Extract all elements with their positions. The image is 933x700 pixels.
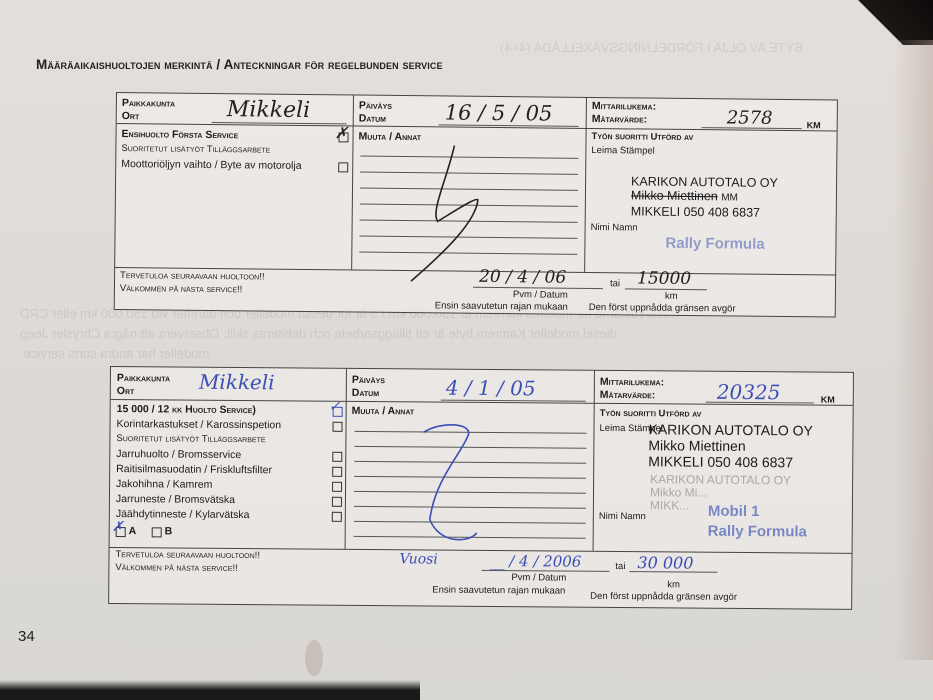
item-timing-belt-checkbox[interactable] xyxy=(332,482,342,492)
or-label: tai xyxy=(615,561,625,572)
date-value[interactable]: 16 / 5 / 05 xyxy=(445,100,553,125)
pen-scribble-icon xyxy=(405,141,507,287)
checkmark-icon: ✗ xyxy=(334,123,348,142)
item-brake-service-checkbox[interactable] xyxy=(332,452,342,462)
odometer-label: Mittarilukema: Mätarvärde: xyxy=(592,100,656,127)
km-caption: km xyxy=(667,579,680,590)
item-coolant-checkbox[interactable] xyxy=(332,512,342,522)
item-body-inspection-label: Korintarkastukset / Karossinspetion xyxy=(116,418,281,431)
date-caption: Pvm / Datum xyxy=(511,572,566,583)
paper-stain xyxy=(305,640,323,676)
bleed-through-text: modeller har andra sorts service. xyxy=(20,346,209,361)
performed-by-label: Työn suoritti Utförd av xyxy=(600,408,702,420)
item-brake-service-label: Jarruhuolto / Bromsservice xyxy=(116,448,241,461)
rule-fi: Ensin saavutetun rajan mukaan xyxy=(435,300,568,312)
extra-work-label: Suoritetut lisätyöt Tilläggsarbete xyxy=(121,143,270,156)
divider xyxy=(351,95,354,269)
location-value[interactable]: Mikkeli xyxy=(199,370,275,395)
option-b-label: B xyxy=(165,525,173,538)
location-value[interactable]: Mikkeli xyxy=(227,97,311,123)
checkmark-icon: ✓ xyxy=(329,399,341,415)
item-engine-oil-label: Moottoriöljyn vaihto / Byte av motorolja xyxy=(121,158,301,172)
item-cabin-filter-label: Raitisilmasuodatin / Friskluftsfilter xyxy=(116,463,272,476)
welcome-sv: Välkommen på nästa service!! xyxy=(115,562,237,574)
background-shadow-bottom xyxy=(0,680,420,700)
odometer-value[interactable]: 2578 xyxy=(727,107,773,128)
page-title: Määräaikaishuoltojen merkintä / Anteckni… xyxy=(36,57,443,72)
option-a-label: A xyxy=(129,525,137,538)
item-body-inspection-checkbox[interactable] xyxy=(332,422,342,432)
oil-brand-stamp: Mobil 1 Rally Formula xyxy=(708,502,808,543)
name-label: Nimi Namn xyxy=(591,222,638,233)
pen-scribble-icon xyxy=(415,414,486,550)
page-number: 34 xyxy=(18,628,35,645)
location-label: Paikkakunta Ort xyxy=(122,97,175,124)
rule-fi: Ensin saavutetun rajan mukaan xyxy=(432,585,565,597)
welcome-fi: Tervetuloa seuraavaan huoltoon!! xyxy=(115,549,260,561)
odometer-label: Mittarilukema: Mätarvärde: xyxy=(600,376,664,403)
option-b-checkbox[interactable] xyxy=(152,527,162,537)
stamp-label: Leima Stämpel xyxy=(591,145,654,157)
bleed-through-text: BYTE AV OLJA I FÖRDELNINGSVÄXELLÅDA (4×4… xyxy=(500,40,803,55)
performed-by-label: Työn suoritti Utförd av xyxy=(592,131,694,143)
km-caption: km xyxy=(665,291,678,302)
welcome-fi: Tervetuloa seuraavaan huoltoon!! xyxy=(120,270,265,283)
odometer-value[interactable]: 20325 xyxy=(717,380,781,404)
page-edge-shadow xyxy=(893,40,933,660)
checkmark-icon: ✗ xyxy=(112,519,124,535)
odometer-unit: km xyxy=(821,395,835,405)
faint-stamp: Rally Formula xyxy=(665,235,764,253)
divider xyxy=(584,98,587,272)
next-note[interactable]: Vuosi xyxy=(399,551,437,567)
rule-sv: Den först uppnådda gränsen avgör xyxy=(590,591,737,603)
date-caption: Pvm / Datum xyxy=(513,289,568,301)
service-type-label: Ensihuolto Första Service xyxy=(121,128,238,142)
date-value[interactable]: 4 / 1 / 05 xyxy=(446,376,536,401)
date-label: Päiväys Datum xyxy=(359,100,392,126)
welcome-sv: Välkommen på nästa service!! xyxy=(120,283,242,295)
item-brake-fluid-label: Jarruneste / Bromsvätska xyxy=(116,493,235,506)
location-label: Paikkakunta Ort xyxy=(117,372,170,398)
divider xyxy=(345,369,347,549)
service-record-card-2: Paikkakunta Ort Mikkeli 15 000 / 12 kk H… xyxy=(108,366,854,610)
or-label: tai xyxy=(610,278,620,289)
next-date-value[interactable]: 20 / 4 / 06 xyxy=(479,267,566,288)
odometer-unit: km xyxy=(807,120,821,130)
date-label: Päiväys Datum xyxy=(352,374,385,400)
next-date-value[interactable]: __ / 4 / 2006 xyxy=(489,552,581,571)
next-km-value[interactable]: 30 000 xyxy=(637,553,693,572)
item-engine-oil-checkbox[interactable] xyxy=(338,162,348,172)
rule-sv: Den först uppnådda gränsen avgör xyxy=(589,302,736,315)
extra-work-label: Suoritetut lisätyöt Tilläggsarbete xyxy=(116,433,265,445)
dealer-stamp: KARIKON AUTOTALO OY Mikko Miettinen MM M… xyxy=(631,174,778,220)
background-shadow-corner xyxy=(843,0,933,45)
divider xyxy=(593,371,595,551)
item-cabin-filter-checkbox[interactable] xyxy=(332,467,342,477)
item-brake-fluid-checkbox[interactable] xyxy=(332,497,342,507)
name-label: Nimi Namn xyxy=(599,511,646,522)
item-coolant-label: Jäähdytinneste / Kylarvätska xyxy=(116,508,250,521)
bleed-through-text: diesel modeller Kamrem byte är ett tillä… xyxy=(20,326,617,341)
service-record-card-1: Paikkakunta Ort Mikkeli Ensihuolto Först… xyxy=(114,92,838,318)
service-type-label: 15 000 / 12 kk Huolto Service) xyxy=(117,403,256,417)
next-km-value[interactable]: 15000 xyxy=(637,268,691,289)
item-timing-belt-label: Jakohihna / Kamrem xyxy=(116,478,212,491)
dealer-stamp: KARIKON AUTOTALO OY Mikko Miettinen MIKK… xyxy=(648,421,813,470)
other-label: Muuta / Annat xyxy=(352,405,415,418)
